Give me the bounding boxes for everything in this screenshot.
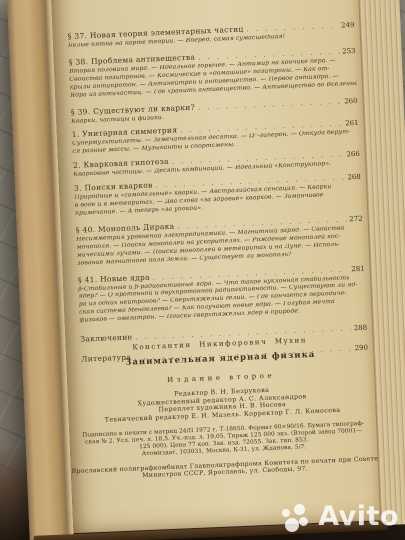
book-page: § 37. Новая теория элементарных частиц. …	[51, 0, 382, 533]
toc-entry-label: Заключение	[80, 333, 132, 344]
photo-background: § 37. Новая теория элементарных частиц. …	[0, 0, 405, 540]
toc-page-number: 281	[351, 264, 365, 274]
toc-entry: § 37. Новая теория элементарных частиц. …	[67, 20, 354, 50]
avito-watermark: Avito	[282, 502, 399, 533]
toc-entry: § 38. Проблема антивещества. . . . . . .…	[69, 46, 357, 100]
imprint: Подписано к печати с матриц 24/II 1972 г…	[69, 421, 378, 461]
toc-page-number: 253	[342, 47, 356, 57]
toc-page-number: 272	[349, 215, 363, 225]
colophon: Константин Никифорович Мухин Занимательн…	[66, 333, 379, 482]
toc-entry-label: § 41. Новые ядра	[78, 272, 150, 284]
toc-entry: 3. Поиски кварков. . . . . . . . . . . .…	[74, 172, 362, 218]
toc-page-number: 249	[341, 21, 355, 31]
table-of-contents: § 37. Новая теория элементарных частиц. …	[67, 20, 368, 365]
toc-page-number: 260	[344, 96, 358, 106]
toc-entry: § 40. Монополь Дирака. . . . . . . . . .…	[76, 214, 364, 268]
toc-page-number: 266	[346, 150, 360, 160]
avito-watermark-label: Avito	[318, 502, 399, 532]
toc-page-number: 268	[347, 173, 361, 183]
toc-entry-label: 3. Поиски кварков	[74, 181, 153, 193]
toc-page-number: 261	[345, 119, 359, 129]
toc-entry: § 41. Новые ядра. . . . . . . . . . . . …	[78, 263, 367, 325]
printer: Ярославский полиграфкомбинат Главполигра…	[71, 455, 379, 482]
toc-page-number: 288	[354, 324, 368, 334]
credits: Редактор В. Н. БезруковаХудожественный р…	[68, 382, 377, 425]
book: § 37. Новая теория элементарных частиц. …	[7, 0, 405, 540]
avito-logo-icon	[282, 502, 313, 533]
